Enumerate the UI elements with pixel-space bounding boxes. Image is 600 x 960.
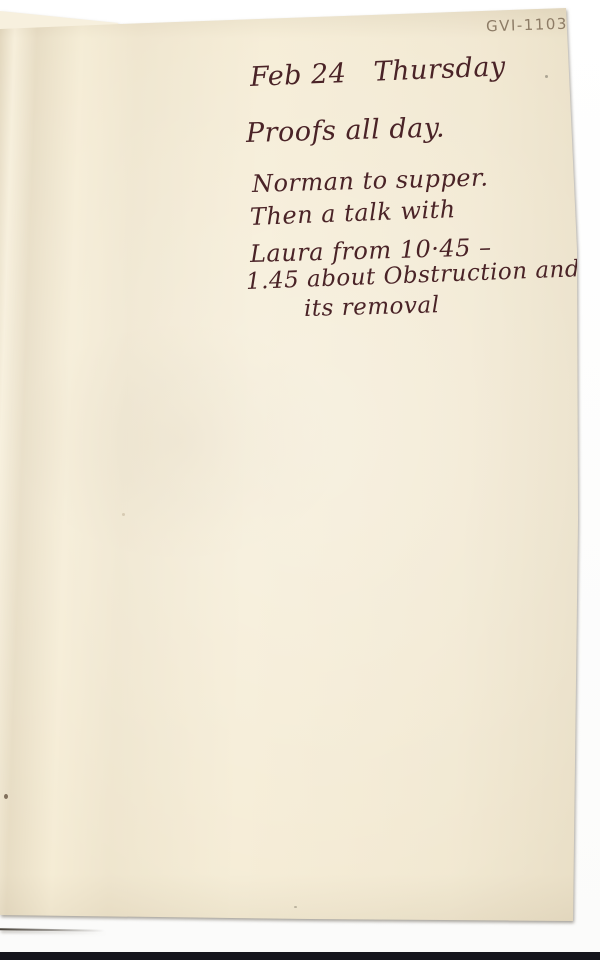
handwritten-line: its removal (304, 292, 440, 322)
paper-wrapper: GVI-1103 Feb 24 Thursday Proofs all day.… (0, 0, 600, 960)
scan-bottom-band (0, 952, 600, 960)
ink-speck (545, 75, 548, 78)
ink-speck (122, 513, 125, 516)
scan-background: GVI-1103 Feb 24 Thursday Proofs all day.… (0, 0, 600, 960)
paper-edge-shadow-line (0, 928, 105, 931)
archive-reference: GVI-1103 (486, 15, 568, 36)
handwritten-line: Norman to supper. (252, 163, 489, 198)
handwritten-line: Then a talk with (249, 195, 456, 231)
ink-speck (4, 794, 8, 799)
ink-speck (294, 906, 297, 908)
handwritten-line: Proofs all day. (246, 112, 446, 149)
diary-page: GVI-1103 Feb 24 Thursday Proofs all day.… (0, 0, 600, 960)
handwritten-line-date: Feb 24 Thursday (249, 51, 506, 93)
